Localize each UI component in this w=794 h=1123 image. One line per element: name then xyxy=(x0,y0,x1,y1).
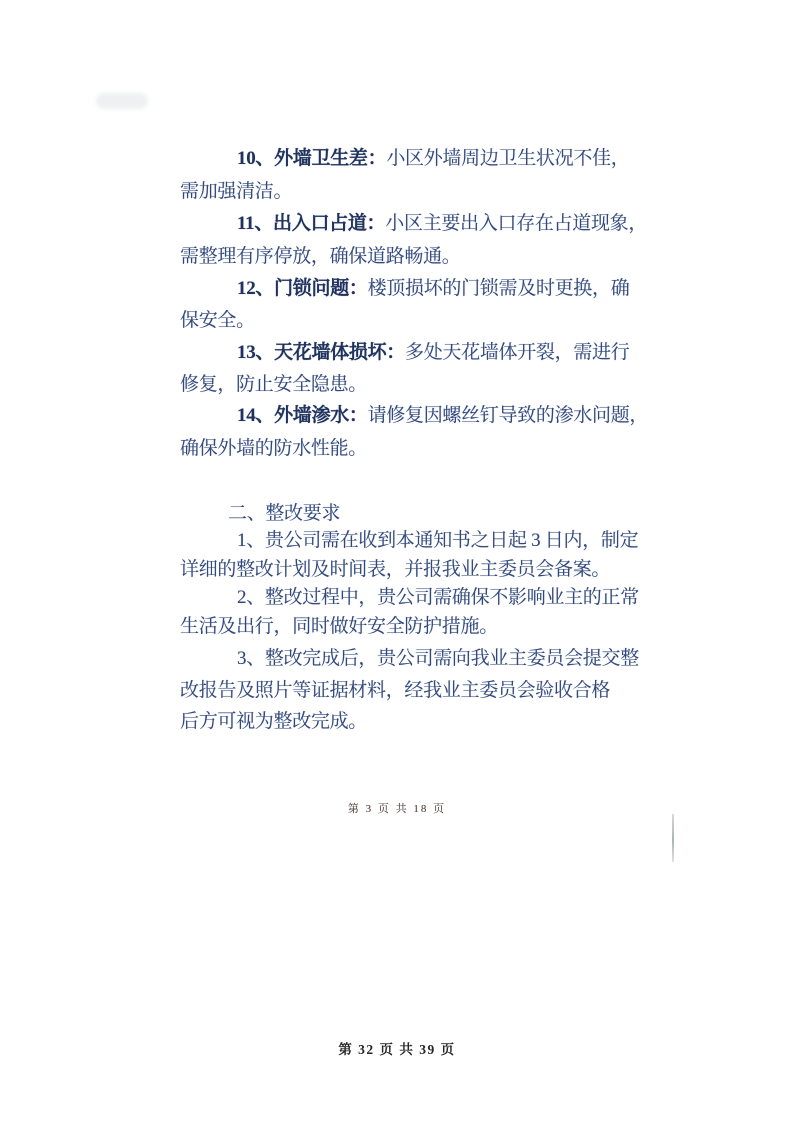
issue-13-line-2: 修复，防止安全隐患。 xyxy=(180,373,367,396)
issue-11-heading: 11、出入口占道： xyxy=(237,213,385,234)
requirement-2-line-1: 2、整改过程中，贵公司需确保不影响业主的正常 xyxy=(237,586,639,609)
issue-13-line-1: 13、天花墙体损坏：多处天花墙体开裂，需进行 xyxy=(237,341,629,364)
requirement-3-line-1: 3、整改完成后，贵公司需向我业主委员会提交整 xyxy=(237,647,639,670)
section-2-title: 二、整改要求 xyxy=(228,502,340,525)
scan-smudge xyxy=(96,93,148,109)
issue-14-heading: 14、外墙渗水： xyxy=(237,405,368,426)
issue-12-heading: 12、门锁问题： xyxy=(237,278,368,299)
issue-13-heading: 13、天花墙体损坏： xyxy=(237,342,405,363)
issue-10-text: 小区外墙周边卫生状况不佳， xyxy=(386,148,629,169)
requirement-1-line-2: 详细的整改计划及时间表，并报我业主委员会备案。 xyxy=(180,558,610,581)
issue-12-text: 楼顶损坏的门锁需及时更换，确 xyxy=(368,278,630,299)
issue-14-line-1: 14、外墙渗水：请修复因螺丝钉导致的渗水问题， xyxy=(237,404,648,427)
issue-10-heading: 10、外墙卫生差： xyxy=(237,148,386,169)
issue-11-line-2: 需整理有序停放，确保道路畅通。 xyxy=(180,245,461,268)
issue-11-line-1: 11、出入口占道：小区主要出入口存在占道现象， xyxy=(237,212,647,235)
issue-12-line-2: 保安全。 xyxy=(180,309,255,332)
scanned-page-number: 第 3 页 共 18 页 xyxy=(0,800,794,816)
requirement-3-line-3: 后方可视为整改完成。 xyxy=(180,710,367,733)
issue-13-text: 多处天花墙体开裂，需进行 xyxy=(405,342,629,363)
requirement-3-line-2: 改报告及照片等证据材料，经我业主委员会验收合格 xyxy=(180,679,610,702)
requirement-2-line-2: 生活及出行，同时做好安全防护措施。 xyxy=(180,615,498,638)
issue-10-line-1: 10、外墙卫生差：小区外墙周边卫生状况不佳， xyxy=(237,147,629,170)
document-page-number: 第 32 页 共 39 页 xyxy=(0,1038,794,1058)
issue-12-line-1: 12、门锁问题：楼顶损坏的门锁需及时更换，确 xyxy=(237,277,629,300)
issue-10-line-2: 需加强清洁。 xyxy=(180,180,292,203)
issue-11-text: 小区主要出入口存在占道现象， xyxy=(385,213,647,234)
document-page: 10、外墙卫生差：小区外墙周边卫生状况不佳， 需加强清洁。 11、出入口占道：小… xyxy=(0,0,794,1123)
issue-14-line-2: 确保外墙的防水性能。 xyxy=(180,437,367,460)
requirement-1-line-1: 1、贵公司需在收到本通知书之日起 3 日内，制定 xyxy=(237,529,638,552)
scan-artifact-line xyxy=(672,814,674,862)
issue-14-text: 请修复因螺丝钉导致的渗水问题， xyxy=(368,405,649,426)
